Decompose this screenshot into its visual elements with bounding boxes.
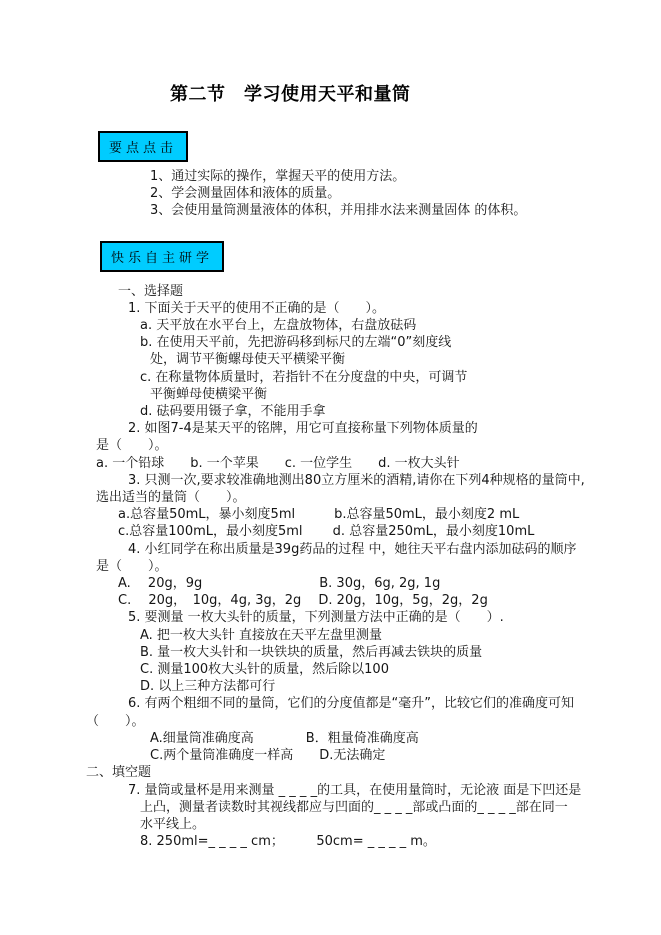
q1-option-a: a. 天平放在水平台上，左盘放物体，右盘放砝码	[0, 317, 661, 334]
q2-stem: 2. 如图7-4是某天平的铭牌，用它可直接称量下列物体质量的	[0, 420, 661, 437]
badge-self-study: 快乐自主研学	[100, 241, 224, 272]
q4-options-row-2: C. 20g， 10g，4g, 3g，2g D. 20g，10g，5g，2g，2…	[0, 592, 661, 609]
q6-options-row-1: A.细量筒准确度高 B．粗量倚准确度高	[0, 730, 661, 747]
blank-section-heading: 二、填空题	[0, 764, 661, 781]
q1-option-b: b. 在使用天平前，先把游码移到标尺的左端“0”刻度线	[0, 334, 661, 351]
objectives-list: 1、通过实际的操作，掌握天平的使用方法。 2、学会测量固体和液体的质量。 3、会…	[0, 168, 661, 220]
q1-option-d: d. 砝码要用镊子拿，不能用手拿	[0, 403, 661, 420]
objective-item-2: 2、学会测量固体和液体的质量。	[0, 185, 661, 202]
q3-options-row-2: c.总容量100mL，最小刻度5ml d. 总容量250mL，最小刻度10mL	[0, 523, 661, 540]
page-title: 第二节 学习使用天平和量筒	[170, 80, 661, 106]
q4-stem: 4. 小红同学在称出质量是39g药品的过程 中，她往天平右盘内添加砝码的顺序	[0, 541, 661, 558]
q2-options-row: a. 一个铅球 b. 一个苹果 c. 一位学生 d. 一枚大头针	[0, 455, 661, 472]
q5-option-b: B. 量一枚大头针和一块铁块的质量，然后再减去铁块的质量	[0, 644, 661, 661]
q5-stem: 5. 要测量 一枚大头针的质量，下列测量方法中正确的是（ ）.	[0, 609, 661, 626]
worksheet-page: 第二节 学习使用天平和量筒 要点点击 1、通过实际的操作，掌握天平的使用方法。 …	[0, 0, 661, 935]
q5-option-d: D. 以上三种方法都可行	[0, 678, 661, 695]
objective-item-1: 1、通过实际的操作，掌握天平的使用方法。	[0, 168, 661, 185]
q7-line-3: 水平线上。	[0, 816, 661, 833]
q7-line-1: 7. 量筒或量杯是用来测量 _ _ _ _的工具，在使用量筒时，无论液 面是下凹…	[0, 782, 661, 799]
q1-stem: 1. 下面关于天平的使用不正确的是（ ）。	[0, 300, 661, 317]
q3-stem-cont: 选出适当的量筒（ ）。	[0, 489, 661, 506]
badge-key-points: 要点点击	[98, 131, 188, 162]
q7-line-2: 上凸，测量者读数时其视线都应与凹面的_ _ _ _部或凸面的_ _ _ _部在同…	[0, 799, 661, 816]
q3-stem: 3. 只测一次,要求较准确地测出80立方厘米的酒精,请你在下列4种规格的量筒中,	[0, 472, 661, 489]
badge-row-key-points: 要点点击	[98, 131, 661, 162]
q6-stem-cont: （ ）。	[0, 713, 661, 730]
q2-stem-cont: 是（ ）。	[0, 437, 661, 454]
q1-option-c-cont: 平衡蝉母使横梁平衡	[0, 386, 661, 403]
q6-options-row-2: C.两个量筒准确度一样高 D.无法确定	[0, 747, 661, 764]
q4-options-row-1: A. 20g，9g B. 30g，6g, 2g, 1g	[0, 575, 661, 592]
objective-item-3: 3、会使用量筒测量液体的体积，并用排水法来测量固体 的体积。	[0, 202, 661, 219]
choice-section-heading: 一、选择题	[0, 283, 661, 300]
q6-stem: 6. 有两个粗细不同的量筒，它们的分度值都是“毫升”，比较它们的准确度可知	[0, 695, 661, 712]
badge-row-self-study: 快乐自主研学	[100, 241, 661, 272]
worksheet-body: 一、选择题 1. 下面关于天平的使用不正确的是（ ）。 a. 天平放在水平台上，…	[0, 283, 661, 851]
q5-option-c: C. 测量100枚大头针的质量，然后除以100	[0, 661, 661, 678]
q8-line: 8. 250ml=_ _ _ _ cm； 50cm= _ _ _ _ m。	[0, 833, 661, 850]
q4-stem-cont: 是（ ）。	[0, 558, 661, 575]
q1-option-b-cont: 处，调节平衡螺母使天平横梁平衡	[0, 351, 661, 368]
q1-option-c: c. 在称量物体质量时，若指针不在分度盘的中央，可调节	[0, 369, 661, 386]
q5-option-a: A. 把一枚大头针 直接放在天平左盘里测量	[0, 627, 661, 644]
q3-options-row-1: a.总容量50mL，暴小刻度5ml b.总容量50mL，最小刻度2 mL	[0, 506, 661, 523]
